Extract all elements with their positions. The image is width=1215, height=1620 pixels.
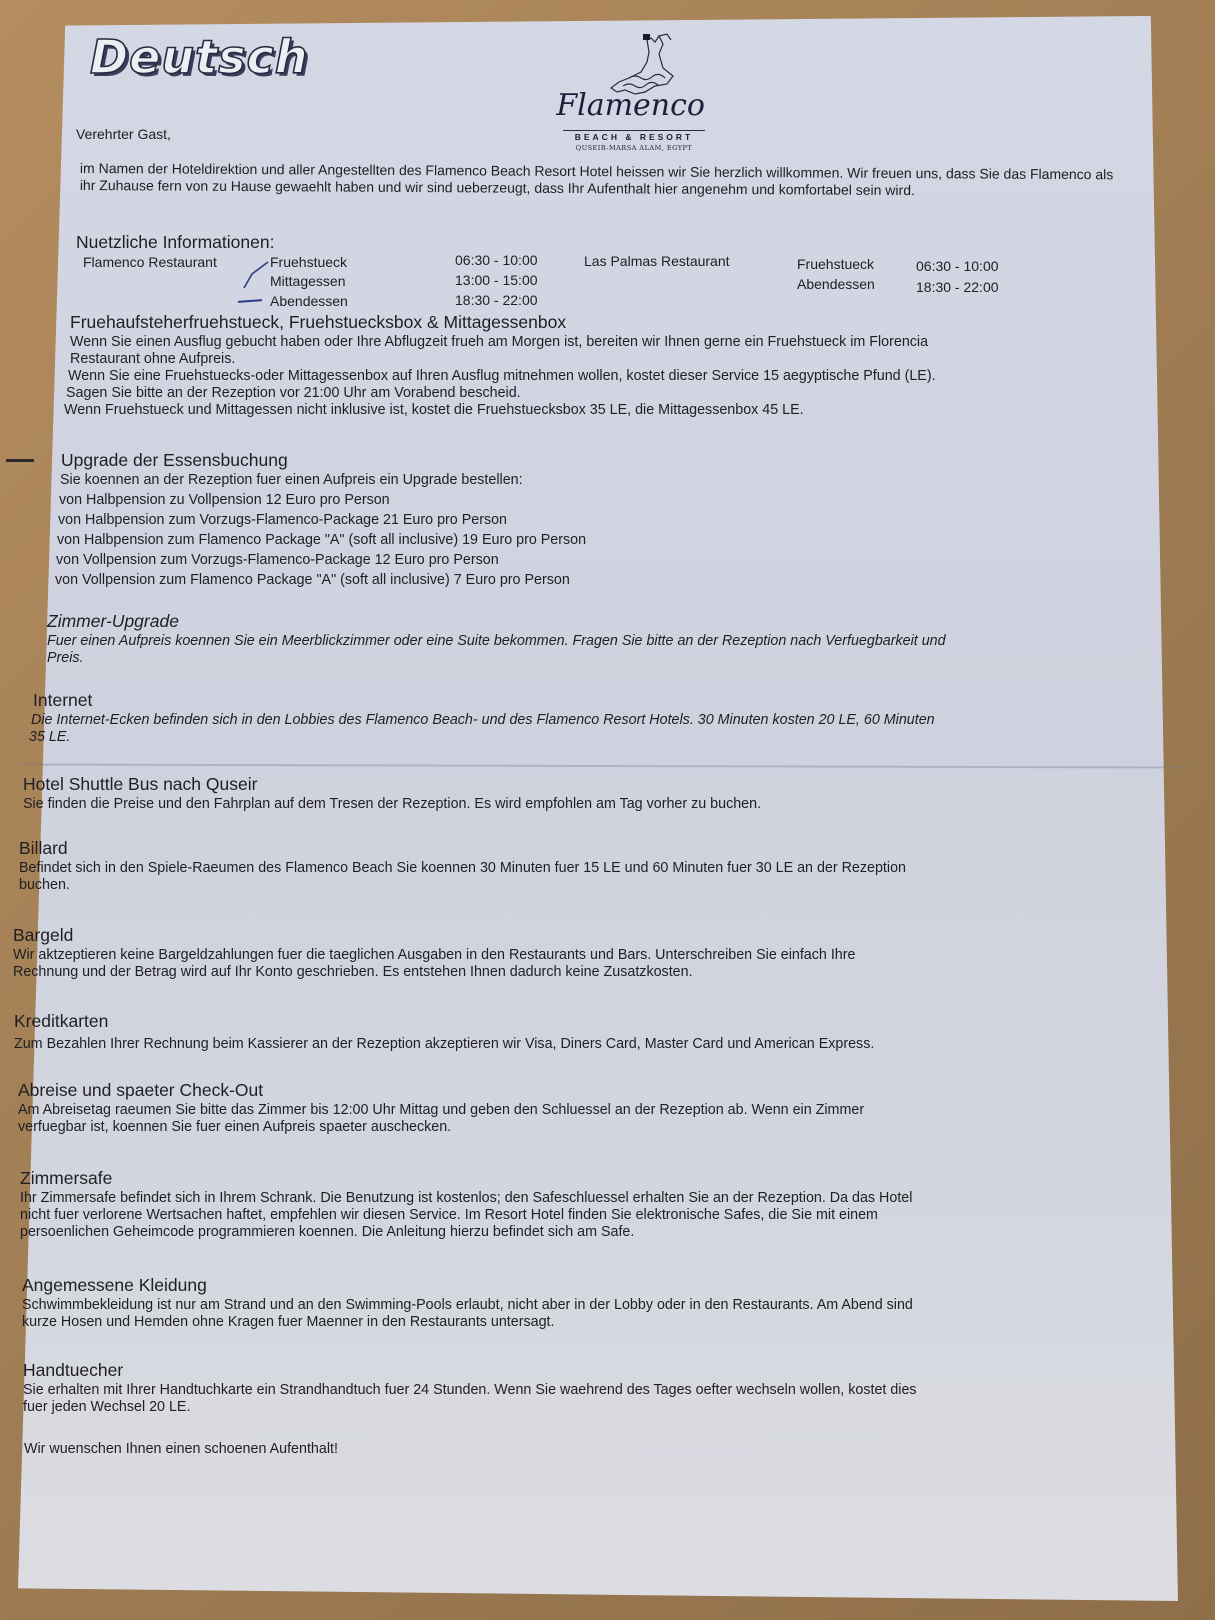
logo-subtitle: BEACH & RESORT: [563, 132, 705, 142]
section-heading: Angemessene Kleidung: [22, 1275, 913, 1296]
section-line: Sie koennen an der Rezeption fuer einen …: [60, 472, 586, 489]
section-heading: Hotel Shuttle Bus nach Quseir: [23, 774, 761, 795]
useful-info-heading: Nuetzliche Informationen:: [76, 232, 274, 253]
section-meal-upgrade: Upgrade der Essensbuchung Sie koennen an…: [61, 450, 586, 589]
section-line: 35 LE.: [29, 729, 935, 746]
section-line: Sie erhalten mit Ihrer Handtuchkarte ein…: [23, 1382, 917, 1399]
logo-location: QUSEIR-MARSA ALAM, EGYPT: [563, 144, 705, 152]
language-heading: Deutsch: [90, 30, 309, 84]
closing-line: Wir wuenschen Ihnen einen schoenen Aufen…: [24, 1441, 338, 1458]
section-line: von Halbpension zu Vollpension 12 Euro p…: [59, 492, 586, 509]
meal-hours: 06:30 - 10:00: [455, 252, 538, 268]
logo-wordmark: Flamenco: [555, 88, 705, 123]
section-heading: Internet: [33, 690, 935, 711]
section-line: nicht fuer verlorene Wertsachen haftet, …: [20, 1207, 912, 1224]
section-early-breakfast: Fruehaufsteherfruehstueck, Fruehstuecksb…: [70, 312, 936, 419]
section-line: Sie finden die Preise und den Fahrplan a…: [23, 796, 761, 813]
meal-name: Fruehstueck: [797, 256, 874, 272]
section-line: Wenn Fruehstueck und Mittagessen nicht i…: [64, 402, 936, 419]
meal-hours: 18:30 - 22:00: [916, 279, 999, 295]
meal-name: Abendessen: [797, 276, 875, 292]
section-heading: Handtuecher: [23, 1360, 917, 1381]
section-cash: Bargeld Wir aktzeptieren keine Bargeldza…: [13, 925, 855, 981]
section-line: Restaurant ohne Aufpreis.: [70, 351, 936, 368]
pen-underline-mark: [238, 299, 262, 303]
section-line: von Vollpension zum Vorzugs-Flamenco-Pac…: [56, 552, 586, 569]
section-line: Wir aktzeptieren keine Bargeldzahlungen …: [13, 947, 855, 964]
restaurant-name: Las Palmas Restaurant: [584, 253, 730, 269]
section-towels: Handtuecher Sie erhalten mit Ihrer Handt…: [23, 1360, 917, 1416]
section-line: Wenn Sie einen Ausflug gebucht haben ode…: [70, 334, 936, 351]
section-checkout: Abreise und spaeter Check-Out Am Abreise…: [18, 1080, 864, 1136]
section-heading: Upgrade der Essensbuchung: [61, 450, 586, 471]
section-line: Schwimmbekleidung ist nur am Strand und …: [22, 1297, 913, 1314]
pen-check-mark-icon: [240, 258, 270, 292]
section-shuttle-bus: Hotel Shuttle Bus nach Quseir Sie finden…: [23, 774, 761, 813]
section-line: Sagen Sie bitte an der Rezeption vor 21:…: [66, 385, 936, 402]
section-line: von Halbpension zum Flamenco Package "A"…: [57, 532, 586, 549]
section-line: verfuegbar ist, koennen Sie fuer einen A…: [18, 1119, 864, 1136]
section-heading: Abreise und spaeter Check-Out: [18, 1080, 864, 1101]
section-line: fuer jeden Wechsel 20 LE.: [23, 1399, 917, 1416]
section-line: buchen.: [19, 877, 906, 894]
section-line: Die Internet-Ecken befinden sich in den …: [31, 712, 935, 729]
section-heading: Kreditkarten: [14, 1011, 874, 1032]
section-heading: Billard: [19, 838, 906, 859]
section-line: Preis.: [47, 650, 946, 667]
meal-name: Mittagessen: [270, 273, 345, 289]
flamenco-logo: Flamenco BEACH & RESORT QUSEIR-MARSA ALA…: [555, 32, 715, 157]
section-line: kurze Hosen und Hemden ohne Kragen fuer …: [22, 1314, 913, 1331]
section-line: von Vollpension zum Flamenco Package "A"…: [55, 572, 586, 589]
section-billiards: Billard Befindet sich in den Spiele-Raeu…: [19, 838, 906, 894]
section-dress-code: Angemessene Kleidung Schwimmbekleidung i…: [22, 1275, 913, 1331]
section-room-upgrade: Zimmer-Upgrade Fuer einen Aufpreis koenn…: [47, 611, 946, 667]
section-heading: Zimmersafe: [20, 1168, 912, 1189]
section-line: Rechnung und der Betrag wird auf Ihr Kon…: [13, 964, 855, 981]
section-room-safe: Zimmersafe Ihr Zimmersafe befindet sich …: [20, 1168, 912, 1241]
section-line: Befindet sich in den Spiele-Raeumen des …: [19, 860, 906, 877]
section-credit-cards: Kreditkarten Zum Bezahlen Ihrer Rechnung…: [14, 1011, 874, 1053]
meal-hours: 06:30 - 10:00: [916, 258, 999, 274]
section-line: Ihr Zimmersafe befindet sich in Ihrem Sc…: [20, 1190, 912, 1207]
section-line: Zum Bezahlen Ihrer Rechnung beim Kassier…: [14, 1036, 874, 1053]
section-heading: Zimmer-Upgrade: [47, 611, 946, 632]
logo-divider: [563, 130, 705, 131]
section-line: persoenlichen Geheimcode programmieren k…: [20, 1224, 912, 1241]
section-heading: Fruehaufsteherfruehstueck, Fruehstuecksb…: [70, 312, 936, 333]
meal-name: Abendessen: [270, 293, 348, 309]
hotel-info-letter: Deutsch Flamenco BEACH & RESORT QUSEIR-M…: [0, 0, 1215, 1620]
section-line: Fuer einen Aufpreis koennen Sie ein Meer…: [47, 633, 946, 650]
section-line: von Halbpension zum Vorzugs-Flamenco-Pac…: [58, 512, 586, 529]
section-line: Am Abreisetag raeumen Sie bitte das Zimm…: [18, 1102, 864, 1119]
section-line: Wenn Sie eine Fruehstuecks-oder Mittages…: [68, 368, 936, 385]
restaurant-name: Flamenco Restaurant: [83, 254, 217, 270]
meal-name: Fruehstueck: [270, 254, 347, 270]
greeting: Verehrter Gast,: [76, 126, 171, 142]
meal-hours: 18:30 - 22:00: [455, 292, 538, 308]
section-heading: Bargeld: [13, 925, 855, 946]
section-internet: Internet Die Internet-Ecken befinden sic…: [33, 690, 935, 746]
intro-paragraph: im Namen der Hoteldirektion und aller An…: [80, 160, 1120, 200]
meal-hours: 13:00 - 15:00: [455, 272, 538, 288]
